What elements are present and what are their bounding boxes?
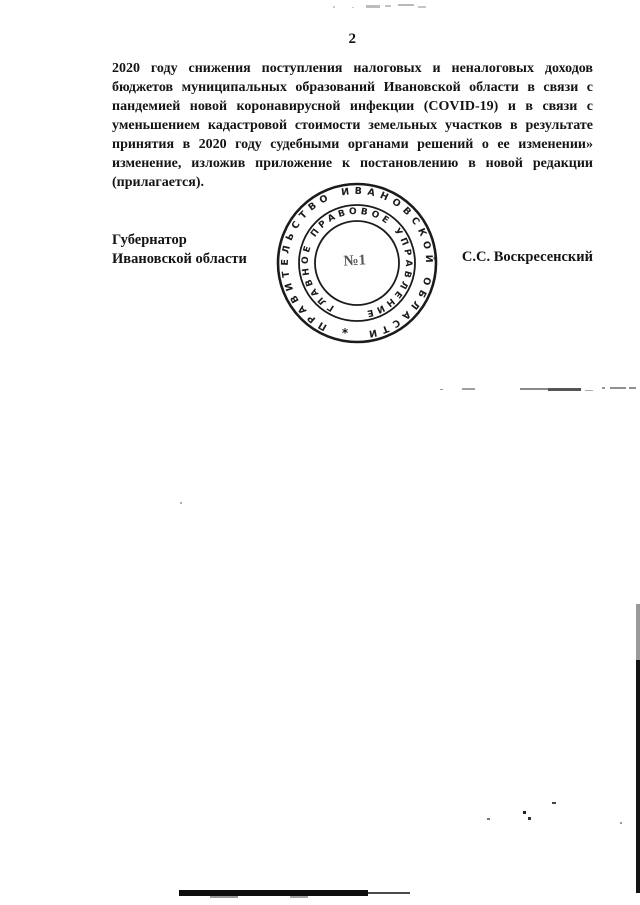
scan-artifact-right-edge: [636, 660, 640, 893]
seal-number: №1: [343, 252, 366, 269]
scan-artifact: [440, 389, 443, 390]
paragraph-line: 2020 году снижения поступления налоговых…: [112, 59, 593, 78]
scan-artifact: [368, 892, 410, 894]
scan-artifact: [366, 5, 380, 8]
scan-artifact: [602, 387, 605, 389]
scan-artifact: [180, 502, 182, 504]
scan-artifact: [528, 817, 531, 820]
official-seal: ПРАВИТЕЛЬСТВО ИВАНОВСКОЙ ОБЛАСТИ ГЛАВНОЕ…: [274, 181, 440, 347]
scan-artifact: [333, 6, 335, 8]
scan-artifact: [523, 811, 526, 814]
scan-artifact: [210, 896, 238, 898]
scan-artifact-right-edge: [636, 604, 640, 660]
body-paragraph: 2020 году снижения поступления налоговых…: [112, 59, 593, 192]
scan-artifact: [352, 7, 354, 8]
page-number: 2: [112, 31, 593, 48]
signer-title: Губернатор Ивановской области: [112, 231, 247, 269]
paragraph-line: принятия в 2020 году судебными органами …: [112, 135, 593, 154]
scan-artifact: [585, 390, 593, 391]
scan-artifact: [620, 822, 622, 824]
scan-artifact: [290, 896, 308, 898]
scan-artifact: [462, 388, 475, 390]
scan-artifact: [629, 387, 636, 389]
paragraph-line: бюджетов муниципальных образований Ивано…: [112, 78, 593, 97]
scan-artifact: [385, 5, 391, 7]
paragraph-line: пандемией новой коронавирусной инфекции …: [112, 97, 593, 116]
seal-star: *: [342, 326, 349, 340]
scan-artifact: [552, 802, 556, 804]
scan-artifact: [398, 4, 414, 6]
signer-name: С.С. Воскресенский: [462, 249, 593, 266]
scan-artifact: [548, 388, 581, 391]
scan-artifact: [610, 387, 626, 389]
signer-title-line2: Ивановской области: [112, 250, 247, 269]
scan-artifact: [418, 6, 426, 8]
paragraph-line: изменение, изложив приложение к постанов…: [112, 154, 593, 173]
signer-title-line1: Губернатор: [112, 231, 247, 250]
scan-artifact-bottom-bar: [179, 890, 368, 896]
paragraph-line: уменьшением кадастровой стоимости земель…: [112, 116, 593, 135]
document-page: 2 2020 году снижения поступления налогов…: [0, 0, 640, 905]
scan-artifact: [487, 818, 490, 820]
